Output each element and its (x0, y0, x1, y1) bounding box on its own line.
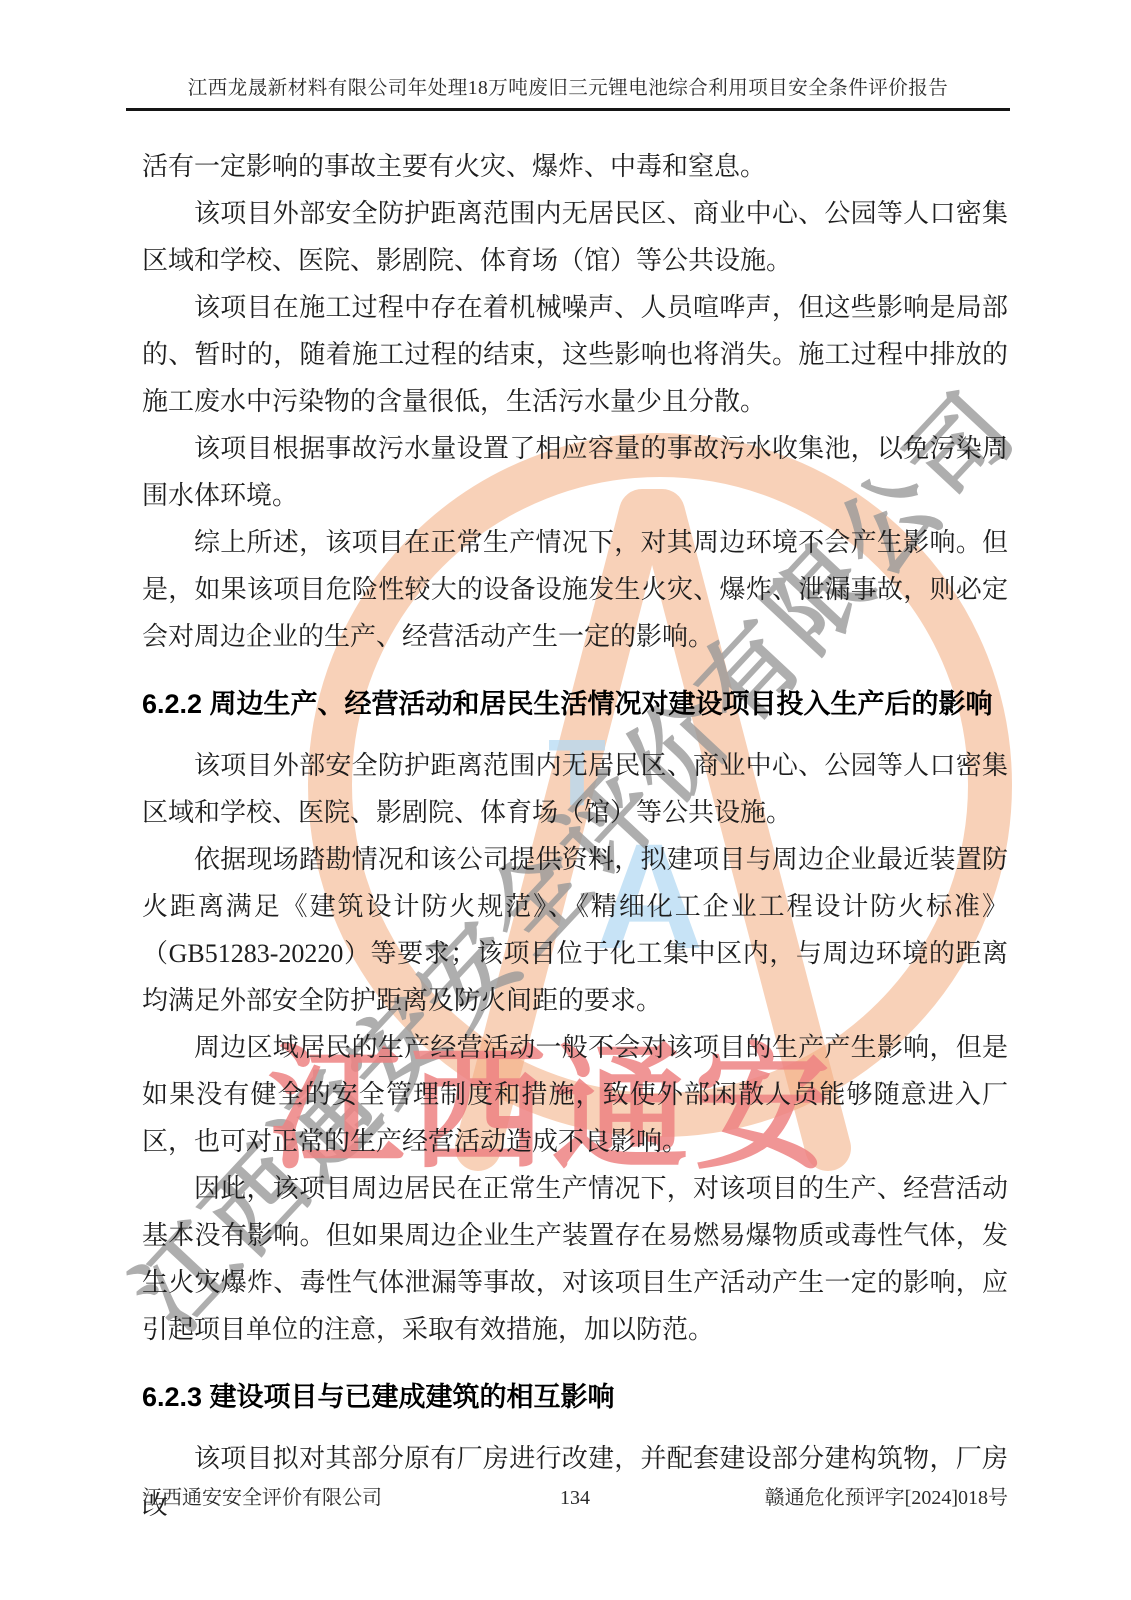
section-heading-6-2-3: 6.2.3 建设项目与已建成建筑的相互影响 (142, 1377, 1008, 1417)
body-paragraph: 该项目根据事故污水量设置了相应容量的事故污水收集池，以免污染周围水体环境。 (142, 425, 1008, 519)
body-paragraph: 该项目外部安全防护距离范围内无居民区、商业中心、公园等人口密集区域和学校、医院、… (142, 190, 1008, 284)
body-paragraph: 依据现场踏勘情况和该公司提供资料，拟建项目与周边企业最近装置防火距离满足《建筑设… (142, 836, 1008, 1024)
body-paragraph: 该项目外部安全防护距离范围内无居民区、商业中心、公园等人口密集区域和学校、医院、… (142, 742, 1008, 836)
body-paragraph: 该项目在施工过程中存在着机械噪声、人员喧哗声，但这些影响是局部的、暂时的，随着施… (142, 284, 1008, 425)
page-header-title: 江西龙晟新材料有限公司年处理18万吨废旧三元锂电池综合利用项目安全条件评价报告 (126, 72, 1010, 111)
section-heading-6-2-2: 6.2.2 周边生产、经营活动和居民生活情况对建设项目投入生产后的影响 (142, 684, 1008, 724)
page-footer: 江西通安安全评价有限公司 134 赣通危化预评字[2024]018号 (142, 1481, 1008, 1510)
report-page: T A 江西通安安全评价有限公司 江西通安 江西龙晟新材料有限公司年处理18万吨… (0, 0, 1131, 1600)
footer-doc-number: 赣通危化预评字[2024]018号 (719, 1481, 1008, 1510)
body-paragraph: 活有一定影响的事故主要有火灾、爆炸、中毒和窒息。 (142, 143, 1008, 190)
footer-page-number: 134 (431, 1487, 720, 1510)
body-paragraph: 周边区域居民的生产经营活动一般不会对该项目的生产产生影响，但是如果没有健全的安全… (142, 1024, 1008, 1165)
body-paragraph: 因此，该项目周边居民在正常生产情况下，对该项目的生产、经营活动基本没有影响。但如… (142, 1165, 1008, 1353)
body-text: 活有一定影响的事故主要有火灾、爆炸、中毒和窒息。 该项目外部安全防护距离范围内无… (142, 143, 1008, 1529)
body-paragraph: 综上所述，该项目在正常生产情况下，对其周边环境不会产生影响。但是，如果该项目危险… (142, 519, 1008, 660)
footer-company-name: 江西通安安全评价有限公司 (142, 1481, 431, 1510)
